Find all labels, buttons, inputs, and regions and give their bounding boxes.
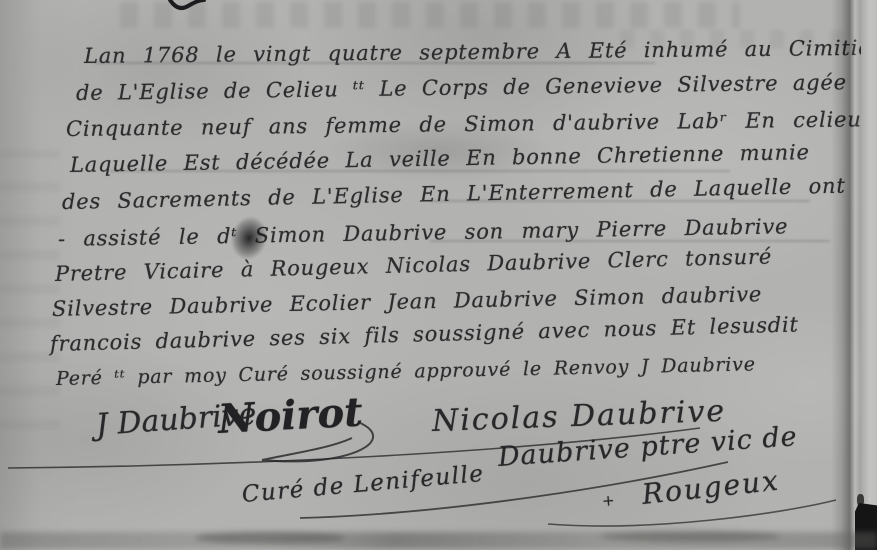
signature-noirot: Noirot xyxy=(217,388,364,443)
manuscript-line: Pretre Vicaire à Rougeux Nicolas Daubriv… xyxy=(55,244,773,286)
signature-rougeux-place: Rougeux xyxy=(640,464,781,511)
manuscript-line: Cinquante neuf ans femme de Simon d'aubr… xyxy=(66,107,862,141)
manuscript-line: francois daubrive ses six fils soussigné… xyxy=(50,312,799,356)
manuscript-line: des Sacrements de L'Eglise En L'Enterrem… xyxy=(62,174,846,214)
signature-cross-mark: + xyxy=(601,491,615,510)
manuscript-line: - assisté le dᵗ Simon Daubrive son mary … xyxy=(58,214,789,251)
manuscript-line: Lan 1768 le vingt quatre septembre A Eté… xyxy=(84,36,877,68)
manuscript-line: Peré ᵗᵗ par moy Curé soussigné approuvé … xyxy=(56,353,756,390)
top-cutoff-stroke xyxy=(0,0,877,30)
page-fold-shadow xyxy=(831,0,861,550)
bleed-through-smudge xyxy=(0,150,60,430)
manuscript-page: Lan 1768 le vingt quatre septembre A Eté… xyxy=(0,0,877,550)
bottom-stain-blob xyxy=(600,531,780,542)
signature-curate: Curé de Lenifeulle xyxy=(241,461,486,508)
next-page-edge xyxy=(861,0,877,550)
manuscript-line: de L'Eglise de Celieu ᵗᵗ Le Corps de Gen… xyxy=(76,68,877,105)
bleed-through-smudge xyxy=(120,2,740,28)
bottom-stain-blob xyxy=(195,532,345,544)
